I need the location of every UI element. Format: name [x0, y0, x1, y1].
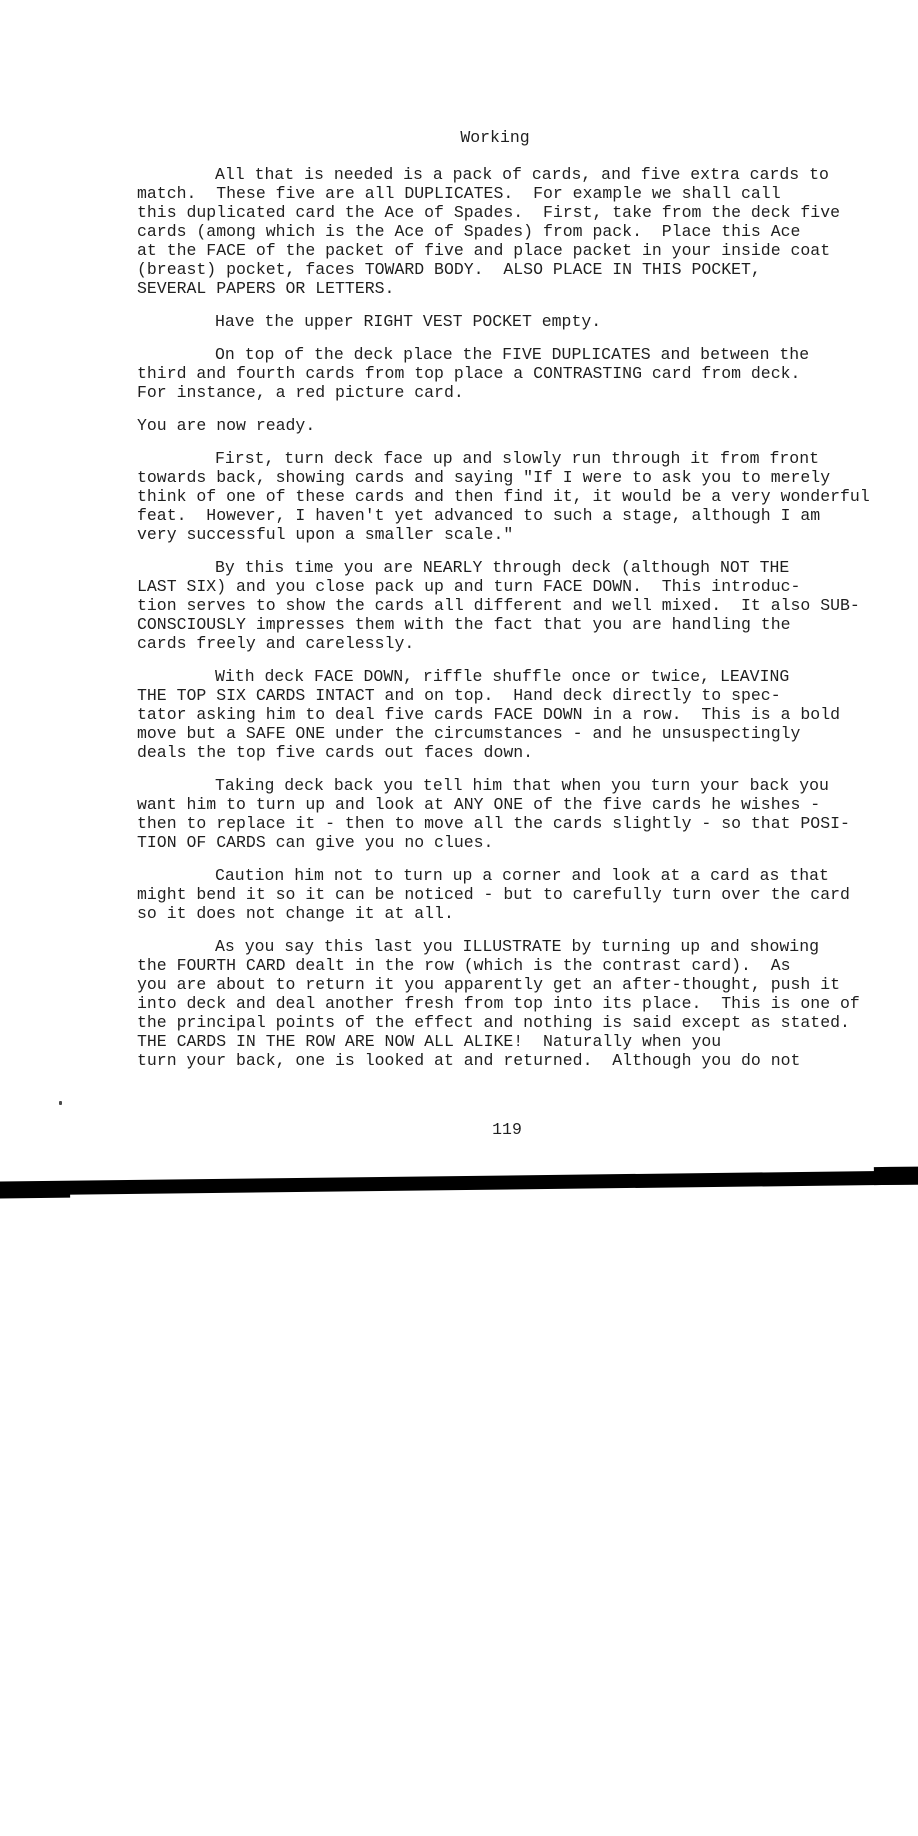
text-line: SEVERAL PAPERS OR LETTERS. — [137, 279, 853, 298]
text-line: very successful upon a smaller scale." — [137, 525, 853, 544]
text-line: With deck FACE DOWN, riffle shuffle once… — [137, 667, 853, 686]
text-line: move but a SAFE ONE under the circumstan… — [137, 724, 853, 743]
paragraph: Have the upper RIGHT VEST POCKET empty. — [137, 312, 853, 331]
text-line: think of one of these cards and then fin… — [137, 487, 853, 506]
text-line: Have the upper RIGHT VEST POCKET empty. — [137, 312, 853, 331]
text-line: tator asking him to deal five cards FACE… — [137, 705, 853, 724]
text-line: Caution him not to turn up a corner and … — [137, 866, 853, 885]
paragraph: On top of the deck place the FIVE DUPLIC… — [137, 345, 853, 402]
redaction-bar — [0, 1170, 918, 1195]
text-line: LAST SIX) and you close pack up and turn… — [137, 577, 853, 596]
text-line: cards (among which is the Ace of Spades)… — [137, 222, 853, 241]
text-line: want him to turn up and look at ANY ONE … — [137, 795, 853, 814]
paragraph: With deck FACE DOWN, riffle shuffle once… — [137, 667, 853, 762]
text-line: third and fourth cards from top place a … — [137, 364, 853, 383]
text-line: THE CARDS IN THE ROW ARE NOW ALL ALIKE! … — [137, 1032, 853, 1051]
text-line: First, turn deck face up and slowly run … — [137, 449, 853, 468]
text-line: Taking deck back you tell him that when … — [137, 776, 853, 795]
text-line: tion serves to show the cards all differ… — [137, 596, 853, 615]
page-title: Working — [137, 128, 853, 147]
paragraph: Taking deck back you tell him that when … — [137, 776, 853, 852]
text-line: As you say this last you ILLUSTRATE by t… — [137, 937, 853, 956]
text-line: towards back, showing cards and saying "… — [137, 468, 853, 487]
text-line: the principal points of the effect and n… — [137, 1013, 853, 1032]
text-line: then to replace it - then to move all th… — [137, 814, 853, 833]
paragraph: By this time you are NEARLY through deck… — [137, 558, 853, 653]
text-line: (breast) pocket, faces TOWARD BODY. ALSO… — [137, 260, 853, 279]
text-line: On top of the deck place the FIVE DUPLIC… — [137, 345, 853, 364]
paragraph: First, turn deck face up and slowly run … — [137, 449, 853, 544]
text-line: might bend it so it can be noticed - but… — [137, 885, 853, 904]
paragraph: As you say this last you ILLUSTRATE by t… — [137, 937, 853, 1070]
text-line: at the FACE of the packet of five and pl… — [137, 241, 853, 260]
text-line: into deck and deal another fresh from to… — [137, 994, 853, 1013]
text-line: so it does not change it at all. — [137, 904, 853, 923]
scan-speck — [59, 1101, 62, 1105]
body-text: All that is needed is a pack of cards, a… — [137, 165, 853, 1070]
scanned-page: Working All that is needed is a pack of … — [0, 0, 918, 1836]
text-line: THE TOP SIX CARDS INTACT and on top. Han… — [137, 686, 853, 705]
text-line: cards freely and carelessly. — [137, 634, 853, 653]
text-line: turn your back, one is looked at and ret… — [137, 1051, 853, 1070]
text-line: For instance, a red picture card. — [137, 383, 853, 402]
paragraph: All that is needed is a pack of cards, a… — [137, 165, 853, 298]
text-line: this duplicated card the Ace of Spades. … — [137, 203, 853, 222]
text-line: feat. However, I haven't yet advanced to… — [137, 506, 853, 525]
text-line: You are now ready. — [137, 416, 853, 435]
text-line: you are about to return it you apparentl… — [137, 975, 853, 994]
paragraph: Caution him not to turn up a corner and … — [137, 866, 853, 923]
text-line: deals the top five cards out faces down. — [137, 743, 853, 762]
text-line: All that is needed is a pack of cards, a… — [137, 165, 853, 184]
page-number: 119 — [137, 1120, 877, 1139]
text-line: match. These five are all DUPLICATES. Fo… — [137, 184, 853, 203]
text-line: TION OF CARDS can give you no clues. — [137, 833, 853, 852]
text-line: the FOURTH CARD dealt in the row (which … — [137, 956, 853, 975]
text-line: CONSCIOUSLY impresses them with the fact… — [137, 615, 853, 634]
text-line: By this time you are NEARLY through deck… — [137, 558, 853, 577]
page-content: Working All that is needed is a pack of … — [137, 128, 853, 1070]
paragraph: You are now ready. — [137, 416, 853, 435]
